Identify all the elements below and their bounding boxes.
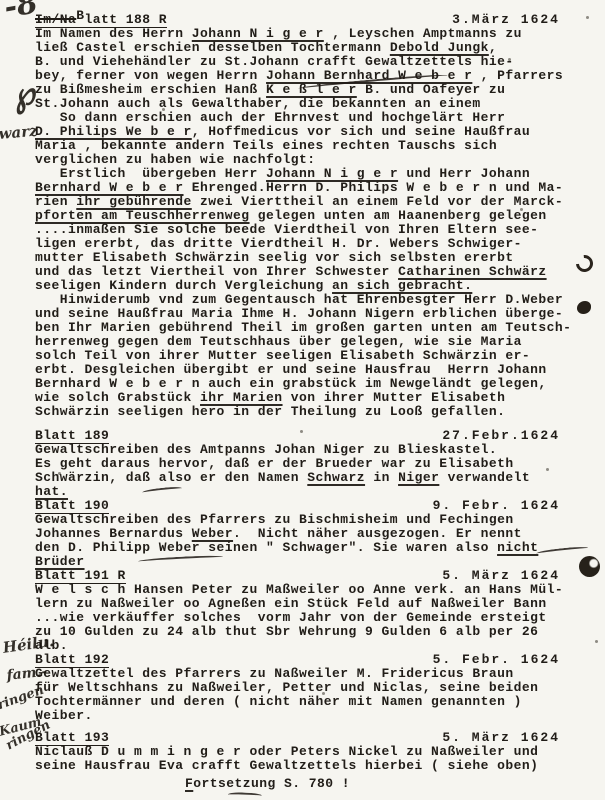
pen-stroke	[228, 792, 262, 798]
continuation-note: Fortsetzung S. 780 !	[35, 777, 605, 791]
text-run: Blatt 191 R	[35, 568, 126, 583]
text-line: Hinwiderumb vnd zum Gegentausch hat Ehre…	[35, 293, 605, 307]
text-line: Schwärzin, daß also er den Namen Schwarz…	[35, 471, 605, 485]
text-run: Niclauß D u m m i n g e r oder Peters Ni…	[35, 744, 538, 759]
text-line: Weiber.	[35, 709, 605, 723]
text-run: ben Ihr Marien gebührend Theil im großen…	[35, 320, 571, 335]
text-run: Schwarz	[307, 470, 365, 485]
line-text: Niclauß D u m m i n g e r oder Peters Ni…	[35, 744, 538, 759]
text-run: und das letzt Viertheil von Ihrer Schwes…	[35, 264, 398, 279]
line-text: den D. Philipp Weber seinen " Schwager".…	[35, 540, 538, 555]
line-text: zu Bißmesheim erschien Hanß K e ß l e r …	[35, 82, 505, 97]
text-line: Bernhard W e b e r n auch ein grabstück …	[35, 377, 605, 391]
text-run: erbt. Desgleichen übergibt er und seine …	[35, 362, 547, 377]
text-line: So dann erschien auch der Ehrnvest und h…	[35, 111, 605, 125]
line-text: Johannes Bernardus Weber. Nicht näher au…	[35, 526, 522, 541]
text-run: zu 10 Gulden zu 24 alb thut Sbr Wehrung …	[35, 624, 538, 639]
text-line: und das letzt Viertheil von Ihrer Schwes…	[35, 265, 605, 279]
text-run: B. und Viehehändler zu St.Johann crafft …	[35, 54, 514, 69]
entry-date: 5. März 1624	[442, 731, 560, 745]
entry-date: 5. März 1624	[442, 569, 560, 583]
text-run: hat.	[35, 484, 68, 499]
paper-speck	[300, 430, 303, 433]
text-run: den D. Philipp Weber seinen " Schwager".…	[35, 540, 497, 555]
text-run: in	[365, 470, 398, 485]
text-line: ligen ererbt, das dritte Vierdtheil H. D…	[35, 237, 605, 251]
text-run: zwei Vierttheil an einem Feld vor der Ma…	[192, 194, 563, 209]
line-text: Im Namen des Herrn Johann N i g e r , Le…	[35, 26, 522, 41]
text-run: verwandelt	[439, 470, 530, 485]
text-run: verglichen zu haben wie nachfolgt:	[35, 152, 316, 167]
paper-speck	[322, 692, 325, 695]
line-text: So dann erschien auch der Ehrnvest und h…	[35, 110, 505, 125]
line-text: solch Teil von ihrer Mutter seeligen Eli…	[35, 348, 530, 363]
text-line: wie solch Grabstück ihr Marien von ihrer…	[35, 391, 605, 405]
text-line: rien ihr gebührende zwei Vierttheil an e…	[35, 195, 605, 209]
text-line: lern zu Naßweiler oo Agneßen ein Stück F…	[35, 597, 605, 611]
text-run: zu Bißmesheim erschien Hanß	[35, 82, 266, 97]
text-line: pforten am Teuschherrenweg gelegen unten…	[35, 209, 605, 223]
text-run: Blatt 189	[35, 428, 109, 443]
text-run: Schwärzin, daß also er den Namen	[35, 470, 307, 485]
line-text: für Weltschhans zu Naßweiler, Petter und…	[35, 680, 538, 695]
line-text: und seine Haußfrau Maria Ihme H. Johann …	[35, 306, 563, 321]
text-line: B. und Viehehändler zu St.Johann crafft …	[35, 55, 605, 69]
text-run: solch Teil von ihrer Mutter seeligen Eli…	[35, 348, 530, 363]
paper-speck	[546, 468, 549, 471]
line-text: hat.	[35, 484, 68, 499]
text-line: Es geht daraus hervor, daß er der Bruede…	[35, 457, 605, 471]
text-run: ,	[489, 40, 497, 55]
text-run: Johann N i g e r	[192, 26, 324, 41]
line-text: Fortsetzung S. 780 !	[185, 776, 350, 791]
text-line: herrenweg gegen dem Teutschhaus über gel…	[35, 335, 605, 349]
line-text: ...wie verkäuffer solches vorm Jahr von …	[35, 610, 547, 625]
entry-date: 9. Febr. 1624	[433, 499, 560, 513]
text-run: Bernhard W e b e r n auch ein grabstück …	[35, 376, 547, 391]
line-text: ligen ererbt, das dritte Vierdtheil H. D…	[35, 236, 522, 251]
text-run: D. Philips We b e r	[35, 124, 192, 139]
text-run: Debold Jungk	[390, 40, 489, 55]
line-text: lern zu Naßweiler oo Agneßen ein Stück F…	[35, 596, 547, 611]
text-run: ihr Marien	[200, 390, 283, 405]
text-line: Johannes Bernardus Weber. Nicht näher au…	[35, 527, 605, 541]
line-text: mutter Elisabeth Schwärzin seelig vor si…	[35, 250, 514, 265]
text-run: bey, ferner von wegen Herrn	[35, 68, 266, 83]
text-run: ....inmaßen Sie solche beede Vierdtheil …	[35, 222, 538, 237]
text-run: B. und Oafeyer zu	[357, 82, 506, 97]
line-text: seeligen Kindern durch Vergleichung an s…	[35, 278, 472, 293]
handwritten-note: fam.-	[6, 665, 48, 683]
line-text: St.Johann auch als Gewalthaber, die beka…	[35, 96, 481, 111]
text-line: Tochtermänner und deren ( nicht näher mi…	[35, 695, 605, 709]
line-text: erbt. Desgleichen übergibt er und seine …	[35, 362, 547, 377]
entry-date: 27.Febr.1624	[442, 429, 560, 443]
text-line: alb.	[35, 639, 605, 653]
text-line: Schwärzin seeligen hero in der Theilung …	[35, 405, 605, 419]
text-run: Hinwiderumb vnd zum Gegentausch hat Ehre…	[35, 292, 563, 307]
text-run: mutter Elisabeth Schwärzin seelig vor si…	[35, 250, 514, 265]
line-text: Gewaltschreiben des Pfarrers zu Bischmis…	[35, 512, 514, 527]
entry-header: Blatt 1925. Febr. 1624	[35, 653, 605, 667]
text-run: So dann erschien auch der Ehrnvest und h…	[35, 110, 505, 125]
text-line: Gewaltschreiben des Pfarrers zu Bischmis…	[35, 513, 605, 527]
entry-date: 5. Febr. 1624	[433, 653, 560, 667]
text-run: St.Johann auch als Gewalthaber, die beka…	[35, 96, 481, 111]
text-line: Im Namen des Herrn Johann N i g e r , Le…	[35, 27, 605, 41]
text-run: Im/Na	[35, 12, 76, 27]
text-run: ließ Castel erschien desselben Tochterma…	[35, 40, 390, 55]
text-run: . Nicht näher ausgezogen. Er nennt	[233, 526, 522, 541]
text-run: Im Namen des Herrn	[35, 26, 192, 41]
line-text: verglichen zu haben wie nachfolgt:	[35, 152, 316, 167]
text-line: seine Hausfrau Eva crafft Gewaltzettels …	[35, 759, 605, 773]
text-line: und seine Haußfrau Maria Ihme H. Johann …	[35, 307, 605, 321]
text-line: ....inmaßen Sie solche beede Vierdtheil …	[35, 223, 605, 237]
text-line: ...wie verkäuffer solches vorm Jahr von …	[35, 611, 605, 625]
text-line: ben Ihr Marien gebührend Theil im großen…	[35, 321, 605, 335]
text-run: Tochtermänner und deren ( nicht näher mi…	[35, 694, 522, 709]
entry-header: Blatt 1935. März 1624	[35, 731, 605, 745]
handwritten-note: -8	[2, 0, 40, 24]
text-run: Es geht daraus hervor, daß er der Bruede…	[35, 456, 514, 471]
line-text: Schwärzin seeligen hero in der Theilung …	[35, 404, 505, 419]
text-line: mutter Elisabeth Schwärzin seelig vor si…	[35, 251, 605, 265]
text-line: Maria , bekannte andern Teils eines rech…	[35, 139, 605, 153]
ink-blot	[577, 301, 591, 314]
text-line: Gewaltzettel des Pfarrers zu Naßweiler M…	[35, 667, 605, 681]
entry-header: Im/NaBlatt 188 R3.März 1624	[35, 13, 605, 27]
text-run: rien	[35, 194, 76, 209]
line-text: Gewaltzettel des Pfarrers zu Naßweiler M…	[35, 666, 514, 681]
text-run: Brüder	[35, 554, 85, 569]
paper-speck	[586, 16, 589, 19]
text-line: D. Philips We b e r, Hoffmedicus vor sic…	[35, 125, 605, 139]
line-text: wie solch Grabstück ihr Marien von ihrer…	[35, 390, 505, 405]
text-run: Niger	[398, 470, 439, 485]
text-line: zu 10 Gulden zu 24 alb thut Sbr Wehrung …	[35, 625, 605, 639]
line-text: seine Hausfrau Eva crafft Gewaltzettels …	[35, 758, 538, 773]
text-run: Catharinen Schwärz	[398, 264, 547, 279]
text-run: und seine Haußfrau Maria Ihme H. Johann …	[35, 306, 563, 321]
text-line: St.Johann auch als Gewalthaber, die beka…	[35, 97, 605, 111]
text-run: nicht	[497, 540, 538, 555]
text-run: und Herr Johann	[398, 166, 530, 181]
entry-header: Blatt 18927.Febr.1624	[35, 429, 605, 443]
line-text: bey, ferner von wegen Herrn Johann Bernh…	[35, 68, 563, 83]
text-run: herrenweg gegen dem Teutschhaus über gel…	[35, 334, 522, 349]
text-run: gelegen unten am Haanenberg gelegen	[250, 208, 547, 223]
text-line: seeligen Kindern durch Vergleichung an s…	[35, 279, 605, 293]
line-text: zu 10 Gulden zu 24 alb thut Sbr Wehrung …	[35, 624, 538, 639]
line-text: B. und Viehehändler zu St.Johann crafft …	[35, 54, 514, 69]
text-run: Ehrenged.Herrn D. Philips W e b e r n un…	[184, 180, 564, 195]
line-text: ....inmaßen Sie solche beede Vierdtheil …	[35, 222, 538, 237]
text-run: ihr gebührende	[76, 194, 192, 209]
text-line: erbt. Desgleichen übergibt er und seine …	[35, 363, 605, 377]
paper-speck	[595, 640, 598, 643]
text-run: Johann N i g e r	[266, 166, 398, 181]
text-run: , Leyschen Amptmanns zu	[324, 26, 522, 41]
text-run: Maria , bekannte andern Teils eines rech…	[35, 138, 497, 153]
line-text: Bernhard W e b e r Ehrenged.Herrn D. Phi…	[35, 180, 563, 195]
line-text: Brüder	[35, 554, 85, 569]
line-text: Es geht daraus hervor, daß er der Bruede…	[35, 456, 514, 471]
entry-header: Blatt 1909. Febr. 1624	[35, 499, 605, 513]
text-run: Gewaltzettel des Pfarrers zu Naßweiler M…	[35, 666, 514, 681]
line-text: Tochtermänner und deren ( nicht näher mi…	[35, 694, 522, 709]
text-line: verglichen zu haben wie nachfolgt:	[35, 153, 605, 167]
text-line: Erstlich übergeben Herr Johann N i g e r…	[35, 167, 605, 181]
text-line: den D. Philipp Weber seinen " Schwager".…	[35, 541, 605, 555]
line-text: herrenweg gegen dem Teutschhaus über gel…	[35, 334, 522, 349]
text-run: Bernhard W e b e r	[35, 180, 184, 195]
handwritten-note: ℘	[8, 76, 38, 113]
text-run: seeligen Kindern durch Vergleichung	[35, 278, 332, 293]
text-run: ligen ererbt, das dritte Vierdtheil H. D…	[35, 236, 522, 251]
text-line: ließ Castel erschien desselben Tochterma…	[35, 41, 605, 55]
text-run: von ihrer Mutter Elisabeth	[283, 390, 506, 405]
text-run: Erstlich übergeben Herr	[35, 166, 266, 181]
text-run: ...wie verkäuffer solches vorm Jahr von …	[35, 610, 547, 625]
line-text: Erstlich übergeben Herr Johann N i g e r…	[35, 166, 530, 181]
line-text: ben Ihr Marien gebührend Theil im großen…	[35, 320, 571, 335]
line-text: und das letzt Viertheil von Ihrer Schwes…	[35, 264, 547, 279]
text-line: solch Teil von ihrer Mutter seeligen Eli…	[35, 349, 605, 363]
entry-date: 3.März 1624	[452, 13, 560, 27]
text-run: Weber	[192, 526, 233, 541]
paper-speck	[508, 58, 511, 61]
line-text: D. Philips We b e r, Hoffmedicus vor sic…	[35, 124, 530, 139]
line-text: Maria , bekannte andern Teils eines rech…	[35, 138, 497, 153]
punch-hole-mark	[579, 556, 600, 577]
handwritten-note: warz	[0, 124, 38, 142]
text-line: bey, ferner von wegen Herrn Johann Bernh…	[35, 69, 605, 83]
text-line: Niclauß D u m m i n g e r oder Peters Ni…	[35, 745, 605, 759]
paper-speck	[162, 108, 165, 111]
line-text: Bernhard W e b e r n auch ein grabstück …	[35, 376, 547, 391]
text-run: B	[76, 8, 84, 23]
text-run: , Hoffmedicus vor sich und seine Haußfra…	[192, 124, 530, 139]
text-run: pforten am Teuschherrenweg	[35, 208, 250, 223]
text-line: W e l s c h Hansen Peter zu Maßweiler oo…	[35, 583, 605, 597]
line-text: Schwärzin, daß also er den Namen Schwarz…	[35, 470, 530, 485]
text-run: , Pfarrers	[472, 68, 563, 83]
paper-speck	[520, 208, 523, 211]
text-run: Blatt 190	[35, 498, 109, 513]
text-run: an sich gebracht.	[332, 278, 472, 293]
line-text: ließ Castel erschien desselben Tochterma…	[35, 40, 497, 55]
text-run: Johannes Bernardus	[35, 526, 192, 541]
paper-speck	[58, 472, 61, 475]
scanned-document-page: Im/NaBlatt 188 R3.März 1624Im Namen des …	[0, 0, 605, 800]
paper-speck	[432, 352, 435, 355]
line-text: W e l s c h Hansen Peter zu Maßweiler oo…	[35, 582, 563, 597]
line-text: Gewaltschreiben des Amtpanns Johan Niger…	[35, 442, 497, 457]
line-text: rien ihr gebührende zwei Vierttheil an e…	[35, 194, 563, 209]
line-text: pforten am Teuschherrenweg gelegen unten…	[35, 208, 547, 223]
text-run: ortsetzung S. 780 !	[193, 776, 350, 791]
entry-header: Blatt 191 R5. März 1624	[35, 569, 605, 583]
text-line: hat.	[35, 485, 605, 499]
text-line: Bernhard W e b e r Ehrenged.Herrn D. Phi…	[35, 181, 605, 195]
text-line: Brüder	[35, 555, 605, 569]
line-text: Hinwiderumb vnd zum Gegentausch hat Ehre…	[35, 292, 563, 307]
text-run: Schwärzin seeligen hero in der Theilung …	[35, 404, 505, 419]
text-run: lern zu Naßweiler oo Agneßen ein Stück F…	[35, 596, 547, 611]
text-run: Gewaltschreiben des Pfarrers zu Bischmis…	[35, 512, 514, 527]
text-run: für Weltschhans zu Naßweiler, Petter und…	[35, 680, 538, 695]
text-line: für Weltschhans zu Naßweiler, Petter und…	[35, 681, 605, 695]
text-line: Gewaltschreiben des Amtpanns Johan Niger…	[35, 443, 605, 457]
text-run: W e l s c h Hansen Peter zu Maßweiler oo…	[35, 582, 563, 597]
text-run: seine Hausfrau Eva crafft Gewaltzettels …	[35, 758, 538, 773]
text-run: Gewaltschreiben des Amtpanns Johan Niger…	[35, 442, 497, 457]
text-run: latt 188 R	[85, 12, 168, 27]
text-run: wie solch Grabstück	[35, 390, 200, 405]
